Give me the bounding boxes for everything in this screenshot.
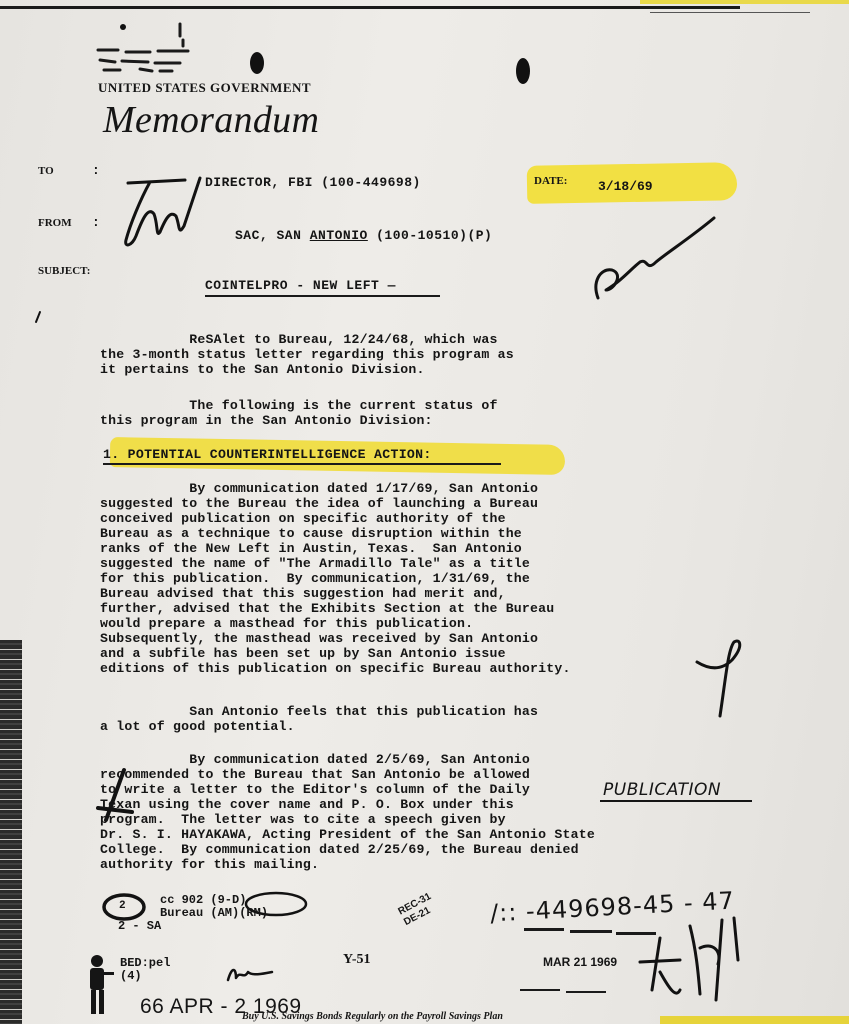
subject-underline xyxy=(205,295,440,297)
handwritten-publication: PUBLICATION xyxy=(603,780,721,800)
photocopy-edge-noise xyxy=(0,640,22,1024)
stamp-rule xyxy=(566,991,606,993)
bond-slogan: Buy U.S. Savings Bonds Regularly on the … xyxy=(242,1011,503,1022)
to-value: DIRECTOR, FBI (100-449698) xyxy=(205,175,421,190)
section-underline xyxy=(103,463,501,465)
date-label: DATE: xyxy=(534,175,567,187)
copies-line-2: Bureau (AM)(RM) xyxy=(160,906,268,920)
subject-label: SUBJECT: xyxy=(38,265,90,277)
ink-blot xyxy=(516,58,530,84)
stamp-rule xyxy=(524,928,564,931)
memo-title: Memorandum xyxy=(103,98,319,142)
top-rule xyxy=(0,6,740,9)
copies-line-3: 2 - SA xyxy=(118,919,161,933)
paragraph-potential: San Antonio feels that this publication … xyxy=(100,704,680,734)
section-heading: 1. POTENTIAL COUNTERINTELLIGENCE ACTION: xyxy=(103,447,432,462)
paragraph-letter: By communication dated 2/5/69, San Anton… xyxy=(100,752,680,872)
typist-initials: BED:pel xyxy=(120,956,170,970)
received-stamp: MAR 21 1969 xyxy=(543,955,617,969)
from-city: ANTONIO xyxy=(310,228,368,243)
government-line: UNITED STATES GOVERNMENT xyxy=(98,80,311,96)
handwritten-underline xyxy=(600,800,752,802)
subject-value: COINTELPRO - NEW LEFT — xyxy=(205,278,396,293)
paragraph-reference: ReSAlet to Bureau, 12/24/68, which was t… xyxy=(100,332,680,377)
date-value: 3/18/69 xyxy=(598,179,653,194)
paragraph-publication: By communication dated 1/17/69, San Anto… xyxy=(100,481,680,676)
to-label: TO xyxy=(38,165,54,177)
stamp-rule xyxy=(520,989,560,991)
enclosure-count: (4) xyxy=(120,969,142,983)
serial-mark: Y-51 xyxy=(343,952,371,968)
from-suffix: (100-10510)(P) xyxy=(368,228,493,243)
stamp-rule xyxy=(570,930,612,933)
from-prefix: SAC, SAN xyxy=(235,228,310,243)
highlight-strip-bottom xyxy=(660,1016,849,1024)
stamp-rule xyxy=(616,932,656,935)
highlight-strip-top xyxy=(640,0,849,4)
to-colon: : xyxy=(92,163,100,178)
ink-blot xyxy=(250,52,264,74)
from-value: SAC, SAN ANTONIO (100-10510)(P) xyxy=(235,228,492,243)
from-colon: : xyxy=(92,215,100,230)
paragraph-status: The following is the current status of t… xyxy=(100,398,680,428)
top-rule-thin xyxy=(650,12,810,13)
copies-line-1: cc 902 (9-D) xyxy=(160,893,246,907)
from-label: FROM xyxy=(38,217,72,229)
copies-circled-number: 2 xyxy=(119,900,126,912)
ink-blot xyxy=(120,24,126,30)
